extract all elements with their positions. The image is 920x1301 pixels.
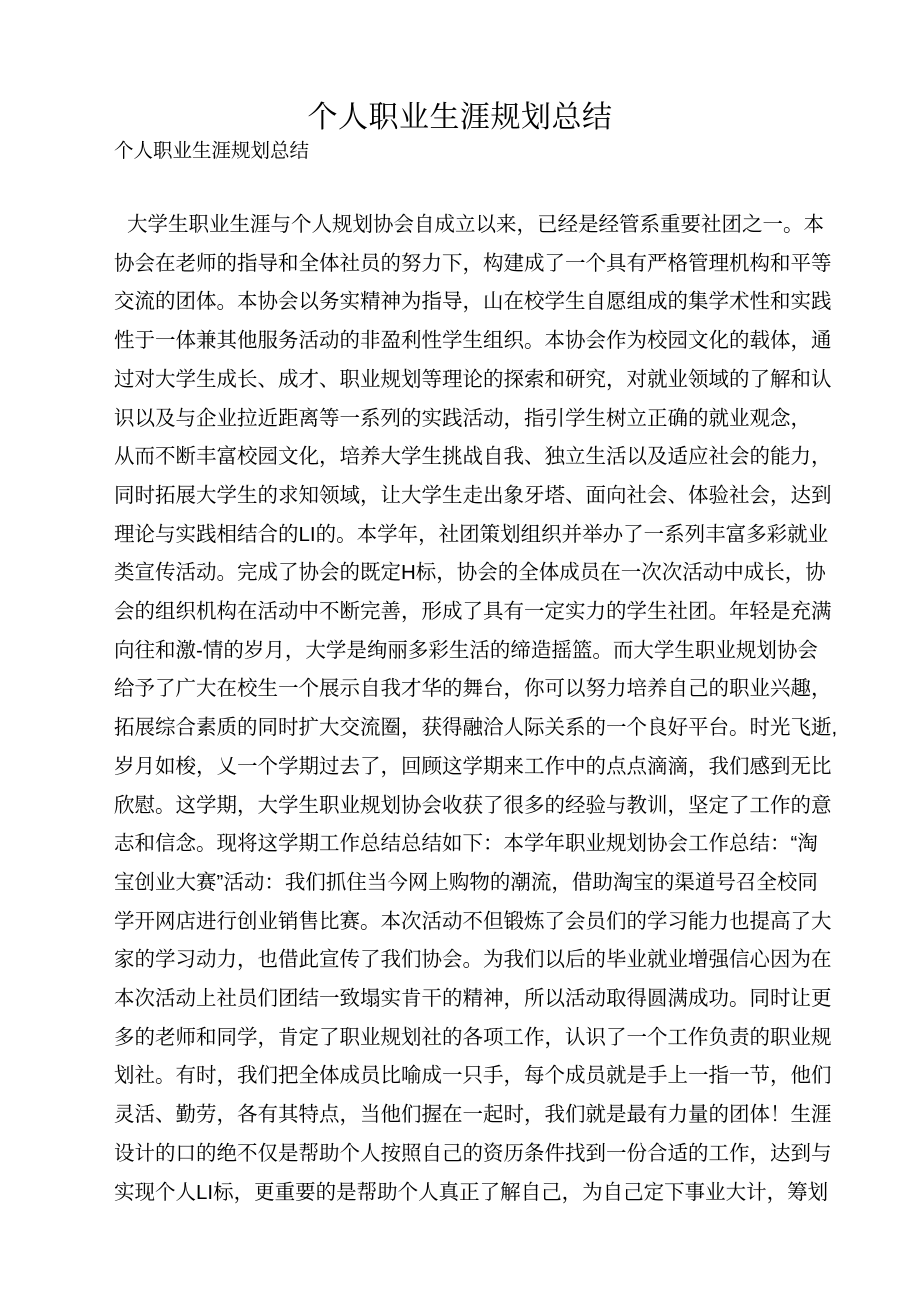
body-line: 欣慰。这学期，大学生职业规划协会收获了很多的经验与教训，坚定了工作的意 xyxy=(114,787,824,826)
body-line: 同时拓展大学生的求知领域，让大学生走出象牙塔、面向社会、体验社会，达到 xyxy=(114,477,824,516)
body-line: 性于一体兼其他服务活动的非盈利性学生组织。本协会作为校园文化的载体，通 xyxy=(114,322,824,361)
body-line: 协会在老师的指导和全体社员的努力下，构建成了一个具有严格管理机构和平等 xyxy=(114,245,824,284)
body-line: 从而不断丰富校园文化，培养大学生挑战自我、独立生活以及适应社会的能力， xyxy=(114,438,824,477)
document-page: 个人职业生涯规划总结 个人职业生涯规划总结 大学生职业生涯与个人规划协会自成立以… xyxy=(0,0,920,1301)
body-line: 识以及与企业拉近距离等一系列的实践活动，指引学生树立正确的就业观念， xyxy=(114,400,824,439)
body-line: 类宣传活动。完成了协会的既定H标，协会的全体成员在一次次活动中成长，协 xyxy=(114,554,824,593)
body-line: 多的老师和同学，肯定了职业规划社的各项工作，认识了一个工作负责的职业规 xyxy=(114,1019,824,1058)
body-line: 家的学习动力，也借此宣传了我们协会。为我们以后的毕业就业增强信心因为在 xyxy=(114,941,824,980)
body-line: 设计的口的绝不仅是帮助个人按照自己的资历条件找到一份合适的工作，达到与 xyxy=(114,1135,824,1174)
body-line: 拓展综合素质的同时扩大交流圈，获得融洽人际关系的一个良好平台。时光飞逝, xyxy=(114,709,824,748)
body-line: 本次活动上社员们团结一致塌实肯干的精神，所以活动取得圆满成功。同时让更 xyxy=(114,980,824,1019)
body-line: 大学生职业生涯与个人规划协会自成立以来，已经是经管系重要社团之一。本 xyxy=(114,206,824,245)
document-subtitle: 个人职业生涯规划总结 xyxy=(114,136,309,166)
body-line: 会的组织机构在活动中不断完善，形成了具有一定实力的学生社团。年轻是充满 xyxy=(114,593,824,632)
document-body: 大学生职业生涯与个人规划协会自成立以来，已经是经管系重要社团之一。本 协会在老师… xyxy=(114,206,824,1212)
body-line: 岁月如梭，乂一个学期过去了，回顾这学期来工作中的点点滴滴，我们感到无比 xyxy=(114,748,824,787)
body-line: 灵活、勤劳，各有其特点，当他们握在一起时，我们就是最有力量的团体！生涯 xyxy=(114,1096,824,1135)
document-title: 个人职业生涯规划总结 xyxy=(0,98,920,138)
body-line: 交流的团体。本协会以务实精神为指导，山在校学生自愿组成的集学术性和实践 xyxy=(114,283,824,322)
body-line: 志和信念。现将这学期工作总结总结如下：本学年职业规划协会工作总结：“淘 xyxy=(114,825,824,864)
body-line: 理论与实践相结合的LI的。本学年，社团策划组织并举办了一系列丰富多彩就业 xyxy=(114,516,824,555)
body-line: 学开网店进行创业销售比赛。本次活动不但锻炼了会员们的学习能力也提高了大 xyxy=(114,903,824,942)
body-line: 划社。有时，我们把全体成员比喻成一只手，每个成员就是手上一指一节，他们 xyxy=(114,1057,824,1096)
body-line: 宝创业大赛”活动：我们抓住当今网上购物的潮流，借助淘宝的渠道号召全校同 xyxy=(114,864,824,903)
body-line: 向往和激-情的岁月，大学是绚丽多彩生活的缔造摇篮。而大学生职业规划协会 xyxy=(114,632,824,671)
body-line: 过对大学生成长、成才、职业规划等理论的探索和研究，对就业领域的了解和认 xyxy=(114,361,824,400)
body-line: 给予了广大在校生一个展示自我才华的舞台，你可以努力培养自己的职业兴趣， xyxy=(114,670,824,709)
body-line: 实现个人LI标，更重要的是帮助个人真正了解自己，为自己定下事业大计，筹划 xyxy=(114,1174,824,1213)
